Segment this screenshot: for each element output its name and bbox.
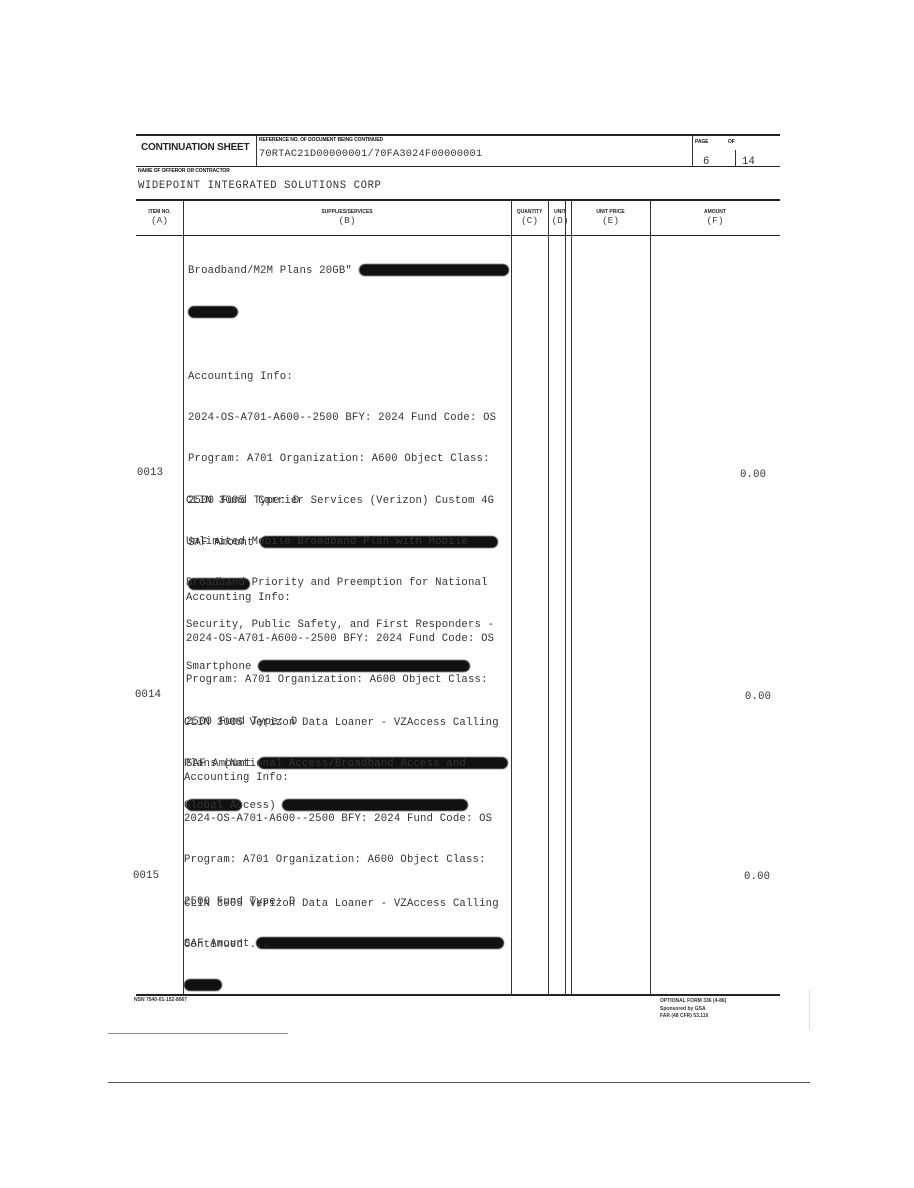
- title-divider: [256, 135, 257, 166]
- nsn-number: NSN 7540-01-152-8067: [134, 997, 187, 1003]
- line-item-continued: Broadband/M2M Plans 20GB": [188, 236, 509, 334]
- total-pages: 14: [742, 156, 755, 168]
- form-title: CONTINUATION SHEET: [141, 142, 249, 153]
- accounting-line: 2024-OS-A701-A600--2500 BFY: 2024 Fund C…: [188, 412, 498, 426]
- column-header-unit-price: UNIT PRICE (E): [571, 209, 650, 226]
- item-number-0013: 0013: [137, 467, 163, 479]
- form-far: FAR (48 CFR) 53.110: [660, 1013, 726, 1021]
- accounting-label: Accounting Info:: [188, 371, 498, 385]
- reference-number: 70RTAC21D00000001/70FA3024F00000001: [259, 148, 482, 160]
- item-number-0014: 0014: [135, 689, 161, 701]
- accounting-line: Program: A701 Organization: A600 Object …: [188, 453, 498, 467]
- col-e-divider: [650, 200, 651, 995]
- redaction-block: [359, 264, 509, 276]
- reference-label: REFERENCE NO. OF DOCUMENT BEING CONTINUE…: [259, 137, 383, 143]
- amount-0015: 0.00: [744, 871, 770, 883]
- offeror-name: WIDEPOINT INTEGRATED SOLUTIONS CORP: [138, 180, 382, 192]
- page-number: 6: [703, 156, 710, 168]
- item-description: Broadband/M2M Plans 20GB": [188, 264, 352, 276]
- offeror-divider: [136, 199, 780, 201]
- form-footer: OPTIONAL FORM 336 (4-86) Sponsored by GS…: [660, 998, 726, 1021]
- top-border: [136, 134, 780, 136]
- column-header-unit: UNIT (D): [549, 209, 571, 226]
- amount-0013: 0.00: [740, 469, 766, 481]
- item-number-0015: 0015: [133, 870, 159, 882]
- header-divider: [136, 166, 780, 167]
- page-label: PAGE: [695, 139, 708, 145]
- col-d2-divider: [571, 200, 572, 995]
- offeror-label: NAME OF OFFEROR OR CONTRACTOR: [138, 168, 230, 174]
- scan-artifact-line: [108, 1033, 288, 1034]
- col-b-divider: [511, 200, 512, 995]
- form-sponsor: Sponsored by GSA: [660, 1006, 726, 1014]
- scan-edge-line: [809, 990, 810, 1030]
- redaction-block: [184, 979, 222, 991]
- amount-0014: 0.00: [745, 691, 771, 703]
- of-divider: [735, 150, 736, 166]
- column-header-supplies: SUPPLIES/SERVICES (B): [183, 209, 511, 226]
- of-label: OF: [728, 139, 735, 145]
- page-bottom-line: [108, 1082, 810, 1083]
- form-name: OPTIONAL FORM 336 (4-86): [660, 998, 726, 1006]
- column-header-amount: AMOUNT (F): [650, 209, 780, 226]
- page-divider: [692, 135, 693, 166]
- column-header-item-no: ITEM NO. (A): [136, 209, 183, 226]
- col-d-divider: [565, 200, 566, 995]
- column-header-quantity: QUANTITY (C): [511, 209, 548, 226]
- col-c-divider: [548, 200, 549, 995]
- line-item-0015: CLIN 3005 Verizon Data Loaner - VZAccess…: [184, 870, 499, 967]
- redaction-block: [188, 306, 238, 318]
